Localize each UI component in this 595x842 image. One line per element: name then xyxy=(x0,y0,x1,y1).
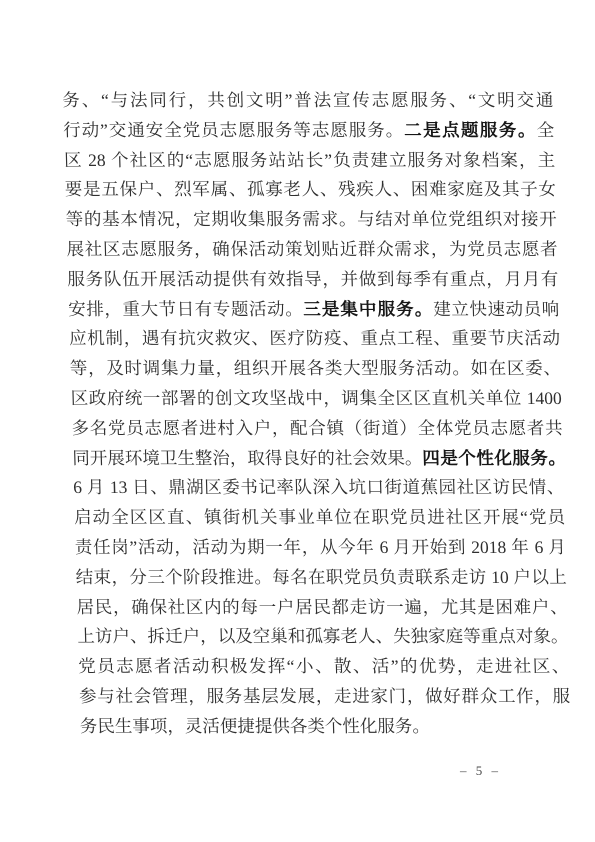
text-line-6: 展社区志愿服务，确保活动策划贴近群众需求，为党员志愿者 xyxy=(66,235,558,265)
text-segment: 责任岗”活动，活动为期一年，从今年 6 月开始到 2018 年 6 月 xyxy=(75,537,567,557)
text-line-14: 6 月 13 日、鼎湖区委书记率队深入坑口街道蕉园社区访民情、 xyxy=(73,473,565,503)
text-line-5: 等的基本情况，定期收集服务需求。与结对单位党组织对接开 xyxy=(65,205,557,235)
text-line-21: 参与社会管理，服务基层发展，走进家门，做好群众工作，服 xyxy=(79,682,571,712)
text-line-20: 党员志愿者活动积极发挥“小、散、活”的优势，走进社区、 xyxy=(78,652,570,682)
text-line-22: 务民生事项，灵活便捷提供各类个性化服务。 xyxy=(79,712,571,742)
text-line-19: 上访户、拆迁户，以及空巢和孤寡老人、失独家庭等重点对象。 xyxy=(77,622,569,652)
bold-heading: 二是点题服务。 xyxy=(404,120,537,140)
text-line-17: 结束，分三个阶段推进。每名在职党员负责联系走访 10 户以上 xyxy=(75,563,567,593)
text-line-10: 等，及时调集力量，组织开展各类大型服务活动。如在区委、 xyxy=(69,354,561,384)
text-line-3: 区 28 个社区的“志愿服务站站长”负责建立服务对象档案，主 xyxy=(64,146,556,176)
bold-heading: 三是集中服务。 xyxy=(303,299,434,319)
text-segment: 等的基本情况，定期收集服务需求。与结对单位党组织对接开 xyxy=(65,209,557,229)
text-segment: 务民生事项，灵活便捷提供各类个性化服务。 xyxy=(80,716,431,736)
text-segment: 参与社会管理，服务基层发展，走进家门，做好群众工作，服 xyxy=(79,686,571,706)
text-segment: 结束，分三个阶段推进。每名在职党员负责联系走访 10 户以上 xyxy=(75,567,567,587)
text-segment: 上访户、拆迁户，以及空巢和孤寡老人、失独家庭等重点对象。 xyxy=(77,626,569,646)
text-segment: 应机制，遇有抗灾救灾、医疗防疫、重点工程、重要节庆活动 xyxy=(69,328,561,348)
text-line-16: 责任岗”活动，活动为期一年，从今年 6 月开始到 2018 年 6 月 xyxy=(74,533,566,563)
text-segment: 同开展环境卫生整治，取得良好的社会效果。 xyxy=(72,448,423,468)
text-segment: 要是五保户、烈军属、孤寡老人、残疾人、困难家庭及其子女 xyxy=(65,179,557,199)
text-segment: 6 月 13 日、鼎湖区委书记率队深入坑口街道蕉园社区访民情、 xyxy=(73,477,565,497)
text-line-13: 同开展环境卫生整治，取得良好的社会效果。四是个性化服务。 xyxy=(72,444,564,474)
text-line-2: 行动”交通安全党员志愿服务等志愿服务。二是点题服务。全 xyxy=(63,116,555,146)
text-line-12: 多名党员志愿者进村入户，配合镇（街道）全体党员志愿者共 xyxy=(71,414,563,444)
text-segment: 党员志愿者活动积极发挥“小、散、活”的优势，走进社区、 xyxy=(78,656,570,676)
text-segment: 服务队伍开展活动提供有效指导，并做到每季有重点，月月有 xyxy=(67,269,559,289)
text-segment: 区 28 个社区的“志愿服务站站长”负责建立服务对象档案，主 xyxy=(64,150,556,170)
text-segment: 行动”交通安全党员志愿服务等志愿服务。 xyxy=(63,120,404,140)
text-segment: 全 xyxy=(536,120,554,140)
text-segment: 建立快速动员响 xyxy=(433,299,560,319)
document-page: 务、“与法同行，共创文明”普法宣传志愿服务、“文明交通行动”交通安全党员志愿服务… xyxy=(0,0,595,842)
text-line-18: 居民，确保社区内的每一户居民都走访一遍，尤其是困难户、 xyxy=(76,593,568,623)
text-segment: 安排，重大节日有专题活动。 xyxy=(68,299,304,319)
text-line-11: 区政府统一部署的创文攻坚战中，调集全区区直机关单位 1400 xyxy=(70,384,562,414)
page-number: – 5 – xyxy=(460,763,530,779)
text-line-15: 启动全区区直、镇街机关事业单位在职党员进社区开展“党员 xyxy=(74,503,566,533)
text-segment: 务、“与法同行，共创文明”普法宣传志愿服务、“文明交通 xyxy=(62,90,554,110)
text-segment: 区政府统一部署的创文攻坚战中，调集全区区直机关单位 1400 xyxy=(70,388,562,408)
text-line-7: 服务队伍开展活动提供有效指导，并做到每季有重点，月月有 xyxy=(67,265,559,295)
text-segment: 启动全区区直、镇街机关事业单位在职党员进社区开展“党员 xyxy=(74,507,566,527)
document-body: 务、“与法同行，共创文明”普法宣传志愿服务、“文明交通行动”交通安全党员志愿服务… xyxy=(62,86,571,742)
text-segment: 展社区志愿服务，确保活动策划贴近群众需求，为党员志愿者 xyxy=(66,239,558,259)
text-line-9: 应机制，遇有抗灾救灾、医疗防疫、重点工程、重要节庆活动 xyxy=(69,324,561,354)
text-segment: 等，及时调集力量，组织开展各类大型服务活动。如在区委、 xyxy=(70,358,562,378)
text-segment: 居民，确保社区内的每一户居民都走访一遍，尤其是困难户、 xyxy=(76,597,568,617)
text-segment: 多名党员志愿者进村入户，配合镇（街道）全体党员志愿者共 xyxy=(71,418,563,438)
bold-heading: 四是个性化服务。 xyxy=(422,448,567,468)
text-line-4: 要是五保户、烈军属、孤寡老人、残疾人、困难家庭及其子女 xyxy=(64,175,556,205)
text-line-1: 务、“与法同行，共创文明”普法宣传志愿服务、“文明交通 xyxy=(62,86,554,116)
text-line-8: 安排，重大节日有专题活动。三是集中服务。建立快速动员响 xyxy=(68,295,560,325)
